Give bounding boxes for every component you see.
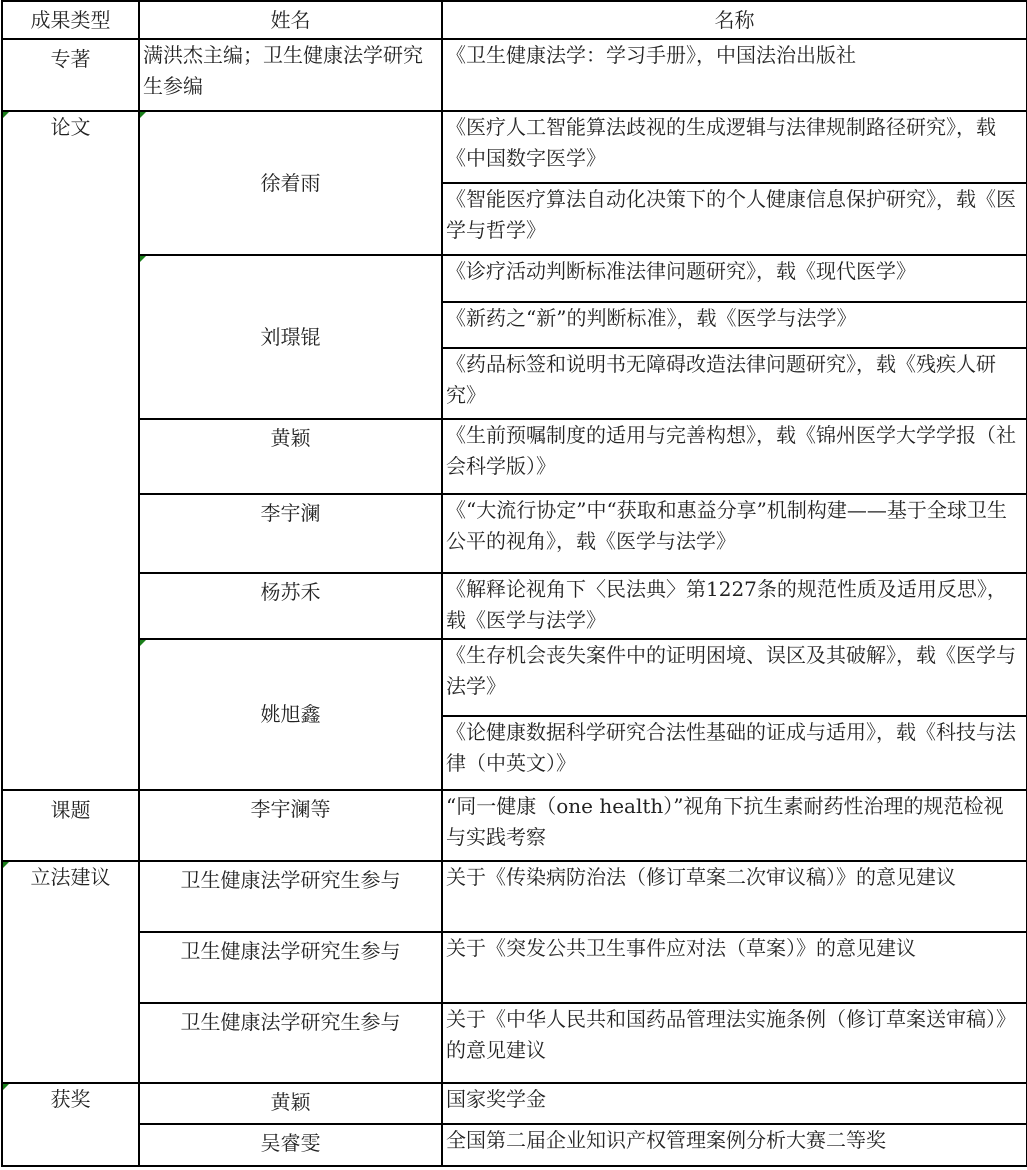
person-cell: 刘璟锟 <box>139 255 442 419</box>
work-cell: 《生存机会丧失案件中的证明困境、误区及其破解》，载《医学与法学》 <box>442 639 1027 716</box>
table-row: 课题 李宇澜等 “同一健康（one health）”视角下抗生素耐药性治理的规范… <box>2 790 1027 861</box>
work-cell: 《“大流行协定”中“获取和惠益分享”机制构建——基于全球卫生公平的视角》，载《医… <box>442 494 1027 573</box>
table-row: 杨苏禾 《解释论视角下〈民法典〉第1227条的规范性质及适用反思》，载《医学与法… <box>2 573 1027 639</box>
work-cell: 《智能医疗算法自动化决策下的个人健康信息保护研究》，载《医学与哲学》 <box>442 183 1027 255</box>
table-row: 刘璟锟 《诊疗活动判断标准法律问题研究》，载《现代医学》 <box>2 255 1027 302</box>
type-cell-project: 课题 <box>2 790 139 861</box>
person-cell: 徐着雨 <box>139 111 442 255</box>
work-cell: 全国第二届企业知识产权管理案例分析大赛二等奖 <box>442 1124 1027 1166</box>
type-cell-legislative: 立法建议 <box>2 861 139 1083</box>
type-cell-monograph: 专著 <box>2 39 139 111</box>
type-label: 论文 <box>51 115 91 139</box>
person-name: 刘璟锟 <box>261 325 321 349</box>
comment-marker-icon <box>3 1084 9 1090</box>
person-cell: 李宇澜等 <box>139 790 442 861</box>
person-cell: 卫生健康法学研究生参与 <box>139 1003 442 1083</box>
person-cell: 满洪杰主编；卫生健康法学研究生参编 <box>139 39 442 111</box>
table-row: 吴睿雯 全国第二届企业知识产权管理案例分析大赛二等奖 <box>2 1124 1027 1166</box>
type-cell-papers: 论文 <box>2 111 139 790</box>
table-row: 姚旭鑫 《生存机会丧失案件中的证明困境、误区及其破解》，载《医学与法学》 <box>2 639 1027 716</box>
person-cell: 黄颖 <box>139 1083 442 1124</box>
header-row: 成果类型 姓名 名称 <box>2 1 1027 39</box>
person-cell: 卫生健康法学研究生参与 <box>139 861 442 932</box>
person-cell: 杨苏禾 <box>139 573 442 639</box>
person-name: 姚旭鑫 <box>261 702 321 726</box>
type-label: 获奖 <box>51 1087 91 1111</box>
table-row: 李宇澜 《“大流行协定”中“获取和惠益分享”机制构建——基于全球卫生公平的视角》… <box>2 494 1027 573</box>
table-row: 论文 徐着雨 《医疗人工智能算法歧视的生成逻辑与法律规制路径研究》，载《中国数字… <box>2 111 1027 183</box>
work-cell: 关于《传染病防治法（修订草案二次审议稿）》的意见建议 <box>442 861 1027 932</box>
work-cell: 《论健康数据科学研究合法性基础的证成与适用》，载《科技与法律（中英文）》 <box>442 716 1027 790</box>
comment-marker-icon <box>3 112 9 118</box>
type-cell-awards: 获奖 <box>2 1083 139 1166</box>
work-cell: 关于《中华人民共和国药品管理法实施条例（修订草案送审稿）》的意见建议 <box>442 1003 1027 1083</box>
table-row: 获奖 黄颖 国家奖学金 <box>2 1083 1027 1124</box>
work-cell: 《生前预嘱制度的适用与完善构想》，载《锦州医学大学学报（社会科学版）》 <box>442 419 1027 494</box>
person-cell: 李宇澜 <box>139 494 442 573</box>
person-cell: 吴睿雯 <box>139 1124 442 1166</box>
work-cell: 《医疗人工智能算法歧视的生成逻辑与法律规制路径研究》，载《中国数字医学》 <box>442 111 1027 183</box>
comment-marker-icon <box>140 640 146 646</box>
work-cell: 关于《突发公共卫生事件应对法（草案）》的意见建议 <box>442 932 1027 1003</box>
achievements-table: 成果类型 姓名 名称 专著 满洪杰主编；卫生健康法学研究生参编 《卫生健康法学：… <box>1 0 1027 1167</box>
header-title: 名称 <box>442 1 1027 39</box>
person-cell: 黄颖 <box>139 419 442 494</box>
work-cell: 《解释论视角下〈民法典〉第1227条的规范性质及适用反思》，载《医学与法学》 <box>442 573 1027 639</box>
work-cell: 《药品标签和说明书无障碍改造法律问题研究》，载《残疾人研究》 <box>442 348 1027 419</box>
comment-marker-icon <box>140 112 146 118</box>
person-cell: 卫生健康法学研究生参与 <box>139 932 442 1003</box>
type-label: 立法建议 <box>31 865 111 889</box>
table-row: 卫生健康法学研究生参与 关于《突发公共卫生事件应对法（草案）》的意见建议 <box>2 932 1027 1003</box>
header-person: 姓名 <box>139 1 442 39</box>
work-cell: “同一健康（one health）”视角下抗生素耐药性治理的规范检视与实践考察 <box>442 790 1027 861</box>
work-cell: 《卫生健康法学：学习手册》，中国法治出版社 <box>442 39 1027 111</box>
table-row: 黄颖 《生前预嘱制度的适用与完善构想》，载《锦州医学大学学报（社会科学版）》 <box>2 419 1027 494</box>
person-name: 徐着雨 <box>261 171 321 195</box>
table-row: 立法建议 卫生健康法学研究生参与 关于《传染病防治法（修订草案二次审议稿）》的意… <box>2 861 1027 932</box>
work-cell: 国家奖学金 <box>442 1083 1027 1124</box>
header-type: 成果类型 <box>2 1 139 39</box>
work-cell: 《诊疗活动判断标准法律问题研究》，载《现代医学》 <box>442 255 1027 302</box>
comment-marker-icon <box>140 256 146 262</box>
table-row: 专著 满洪杰主编；卫生健康法学研究生参编 《卫生健康法学：学习手册》，中国法治出… <box>2 39 1027 111</box>
work-cell: 《新药之“新”的判断标准》，载《医学与法学》 <box>442 302 1027 348</box>
table-row: 卫生健康法学研究生参与 关于《中华人民共和国药品管理法实施条例（修订草案送审稿）… <box>2 1003 1027 1083</box>
comment-marker-icon <box>3 862 9 868</box>
person-cell: 姚旭鑫 <box>139 639 442 790</box>
